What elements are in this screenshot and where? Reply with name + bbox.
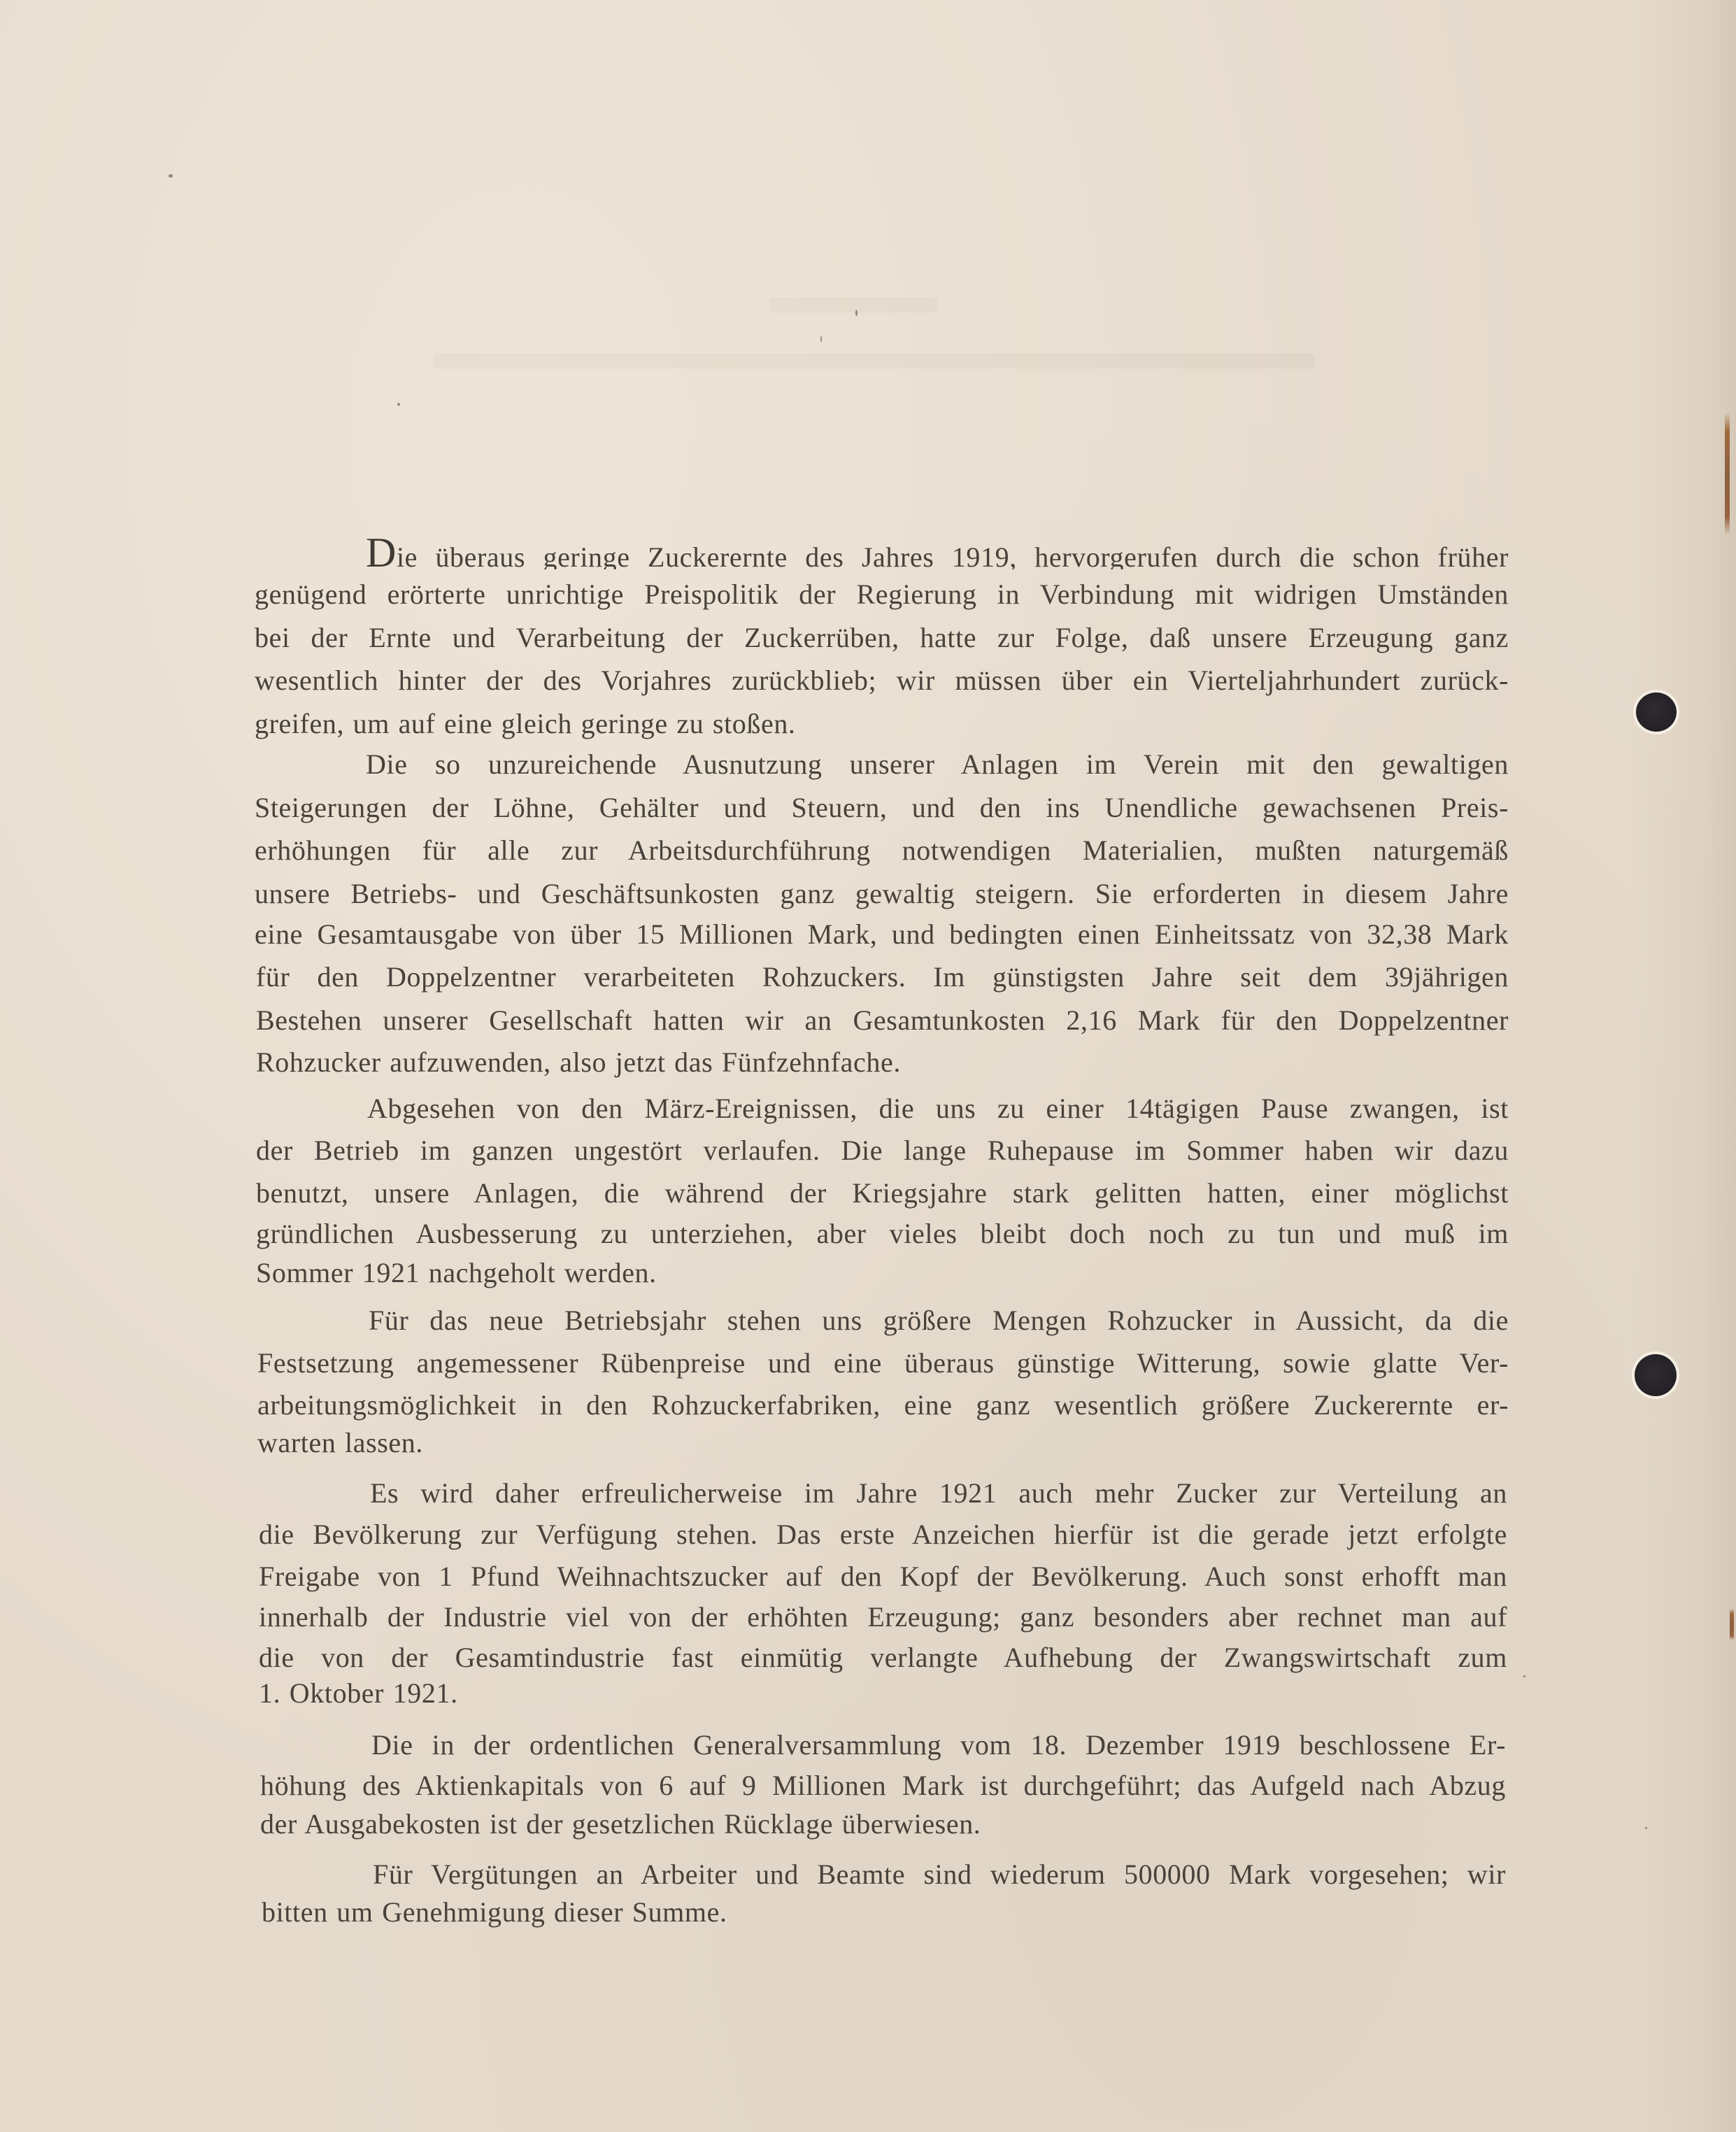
text-line: Sommer 1921 nachgeholt werden. [256, 1256, 657, 1290]
show-through-mark [769, 297, 937, 313]
text-line: unsere Betriebs- und Geschäftsunkosten g… [255, 877, 1509, 911]
text-line: bitten um Genehmigung dieser Summe. [262, 1896, 727, 1929]
text-line: der Betrieb im ganzen ungestört verlaufe… [256, 1134, 1509, 1167]
text-line: Freigabe von 1 Pfund Weihnachtszucker au… [259, 1560, 1507, 1593]
drop-cap: D [366, 536, 397, 569]
text-line: Steigerungen der Löhne, Gehälter und Ste… [255, 791, 1509, 825]
dust-speck [169, 174, 173, 178]
text-line: benutzt, unsere Anlagen, die während der… [256, 1177, 1509, 1210]
text-line: Festsetzung angemessener Rübenpreise und… [257, 1346, 1509, 1380]
text-line: höhung des Aktienkapitals von 6 auf 9 Mi… [260, 1769, 1506, 1803]
text-line: Für Vergütungen an Arbeiter und Beamte s… [373, 1858, 1506, 1891]
text-line: Für das neue Betriebsjahr stehen uns grö… [369, 1304, 1509, 1337]
text-line: eine Gesamtausgabe von über 15 Millionen… [255, 918, 1509, 951]
text-line: die von der Gesamtindustrie fast einmüti… [259, 1641, 1507, 1675]
line-text: ie überaus geringe Zuckerernte des Jahre… [397, 541, 1509, 569]
text-line: genügend erörterte unrichtige Preispolit… [255, 578, 1509, 611]
text-line: Rohzucker aufzuwenden, also jetzt das Fü… [256, 1046, 901, 1079]
text-line: warten lassen. [257, 1426, 423, 1460]
text-line: Abgesehen von den März-Ereignissen, die … [367, 1092, 1509, 1125]
dust-speck [397, 403, 400, 406]
dust-speck [855, 310, 858, 316]
rust-stain-top [1725, 413, 1730, 535]
text-line: arbeitungsmöglichkeit in den Rohzuckerfa… [257, 1388, 1509, 1422]
text-line: 1. Oktober 1921. [259, 1677, 458, 1710]
show-through-mark [434, 353, 1315, 369]
punch-hole-top [1636, 692, 1677, 732]
text-line: für den Doppelzentner verarbeiteten Rohz… [256, 960, 1509, 994]
text-line: der Ausgabekosten ist der gesetzlichen R… [260, 1807, 981, 1841]
dust-speck [1645, 1827, 1647, 1829]
text-line: erhöhungen für alle zur Arbeitsdurchführ… [255, 834, 1509, 867]
dust-speck [1523, 1675, 1525, 1677]
dust-speck [820, 336, 822, 342]
text-line: Die überaus geringe Zuckerernte des Jahr… [366, 536, 1509, 569]
text-line: innerhalb der Industrie viel von der erh… [259, 1600, 1507, 1634]
text-line: greifen, um auf eine gleich geringe zu s… [255, 707, 796, 741]
text-line: Es wird daher erfreulicherweise im Jahre… [370, 1477, 1507, 1510]
text-line: die Bevölkerung zur Verfügung stehen. Da… [259, 1518, 1507, 1551]
text-line: gründlichen Ausbesserung zu unterziehen,… [256, 1217, 1509, 1251]
text-line: wesentlich hinter der des Vorjahres zurü… [255, 664, 1509, 697]
text-line: Die so unzureichende Ausnutzung unserer … [366, 748, 1509, 781]
punch-hole-bottom [1635, 1354, 1677, 1396]
text-line: Bestehen unserer Gesellschaft hatten wir… [256, 1004, 1509, 1037]
text-line: Die in der ordentlichen Generalversammlu… [371, 1728, 1506, 1762]
text-line: bei der Ernte und Verarbeitung der Zucke… [255, 621, 1509, 655]
rust-stain-bottom [1730, 1609, 1734, 1640]
